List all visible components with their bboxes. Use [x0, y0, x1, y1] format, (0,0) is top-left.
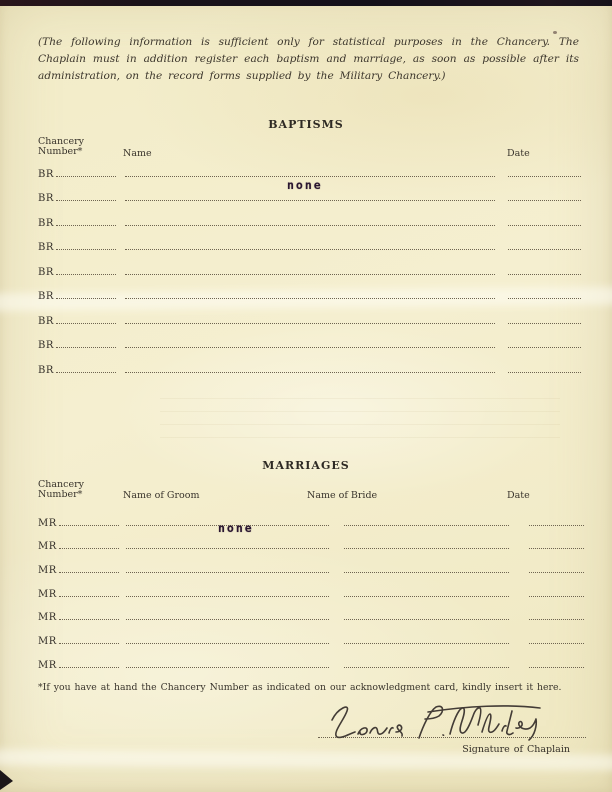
chancery-number-line [59, 593, 119, 597]
name-line [125, 295, 495, 299]
name-line [125, 246, 495, 250]
baptism-row: BR [38, 351, 584, 376]
chancery-number-line [59, 545, 119, 549]
name-line [125, 197, 495, 201]
marriage-row: MR [38, 505, 584, 529]
groom-name-line [126, 545, 329, 549]
date-line [529, 616, 584, 620]
name-line [125, 369, 495, 373]
name-line [125, 222, 495, 226]
marriages-groom-header: Name of Groom [123, 490, 199, 501]
baptism-row: BR [38, 204, 584, 229]
chancery-header-line2: Number* [38, 490, 84, 500]
marriages-title: MARRIAGES [0, 459, 612, 472]
date-line [508, 320, 581, 324]
groom-name-line [126, 664, 329, 668]
date-line [508, 271, 581, 275]
baptism-row: BR [38, 155, 584, 180]
name-line [125, 271, 495, 275]
marriage-row-prefix: MR [38, 518, 57, 529]
marriage-row: MR [38, 576, 584, 600]
groom-name-line [126, 569, 329, 573]
marriage-row-prefix: MR [38, 636, 57, 647]
date-line [508, 295, 581, 299]
date-line [508, 173, 581, 177]
chancery-number-line [56, 173, 116, 177]
date-line [508, 222, 581, 226]
baptism-row: BR [38, 278, 584, 303]
date-line [529, 545, 584, 549]
marriage-row-prefix: MR [38, 660, 57, 671]
marriages-bride-header: Name of Bride [307, 490, 377, 501]
bride-name-line [344, 522, 509, 526]
marriage-row-prefix: MR [38, 541, 57, 552]
baptism-row-prefix: BR [38, 242, 54, 253]
date-line [529, 593, 584, 597]
baptisms-none-stamp: none [287, 178, 323, 192]
date-line [508, 369, 581, 373]
chancery-number-line [59, 616, 119, 620]
ink-bleedthrough [160, 386, 560, 446]
baptism-row-prefix: BR [38, 365, 54, 376]
signature-handwriting [322, 698, 560, 746]
baptisms-title: BAPTISMS [0, 118, 612, 131]
baptism-row-prefix: BR [38, 340, 54, 351]
baptism-row-prefix: BR [38, 316, 54, 327]
date-line [508, 246, 581, 250]
chancery-number-line [59, 569, 119, 573]
baptism-row-prefix: BR [38, 169, 54, 180]
bride-name-line [344, 640, 509, 644]
chancery-number-line [56, 271, 116, 275]
baptism-row-prefix: BR [38, 291, 54, 302]
date-line [529, 640, 584, 644]
chancery-number-line [59, 522, 119, 526]
scanned-form-page: (The following information is sufficient… [0, 0, 612, 792]
marriage-row: MR [38, 623, 584, 647]
bride-name-line [344, 664, 509, 668]
date-line [508, 197, 581, 201]
chancery-number-line [56, 197, 116, 201]
chancery-number-line [56, 222, 116, 226]
chancery-number-line [59, 664, 119, 668]
bride-name-line [344, 593, 509, 597]
chancery-number-line [56, 320, 116, 324]
chancery-number-footnote: *If you have at hand the Chancery Number… [38, 682, 561, 693]
chancery-number-line [56, 246, 116, 250]
marriage-row: MR [38, 552, 584, 576]
groom-name-line [126, 640, 329, 644]
instructions-paragraph: (The following information is sufficient… [38, 34, 579, 85]
marriage-row: MR [38, 647, 584, 671]
marriages-date-header: Date [507, 490, 530, 501]
marriage-row: MR [38, 529, 584, 553]
marriage-row-prefix: MR [38, 589, 57, 600]
baptism-row-prefix: BR [38, 218, 54, 229]
date-line [529, 664, 584, 668]
torn-corner [0, 770, 13, 790]
marriages-none-stamp: none [218, 521, 254, 535]
marriage-row-prefix: MR [38, 612, 57, 623]
marriage-row-prefix: MR [38, 565, 57, 576]
bride-name-line [344, 616, 509, 620]
marriage-row: MR [38, 600, 584, 624]
bride-name-line [344, 545, 509, 549]
baptism-row: BR [38, 253, 584, 278]
signature-ink-strokes [322, 698, 560, 746]
scan-edge-top [0, 0, 612, 6]
name-line [125, 173, 495, 177]
marriages-rows: MR MR MR MR [38, 505, 584, 671]
groom-name-line [126, 593, 329, 597]
chancery-number-line [56, 344, 116, 348]
bride-name-line [344, 569, 509, 573]
date-line [529, 522, 584, 526]
date-line [508, 344, 581, 348]
baptism-row-prefix: BR [38, 267, 54, 278]
name-line [125, 344, 495, 348]
baptism-row: BR [38, 327, 584, 352]
baptism-row-prefix: BR [38, 193, 54, 204]
chancery-number-line [56, 295, 116, 299]
baptism-row: BR [38, 302, 584, 327]
groom-name-line [126, 616, 329, 620]
baptism-row: BR [38, 229, 584, 254]
name-line [125, 320, 495, 324]
chancery-number-line [56, 369, 116, 373]
date-line [529, 569, 584, 573]
marriages-chancery-number-header: Chancery Number* [38, 480, 84, 500]
chancery-number-line [59, 640, 119, 644]
